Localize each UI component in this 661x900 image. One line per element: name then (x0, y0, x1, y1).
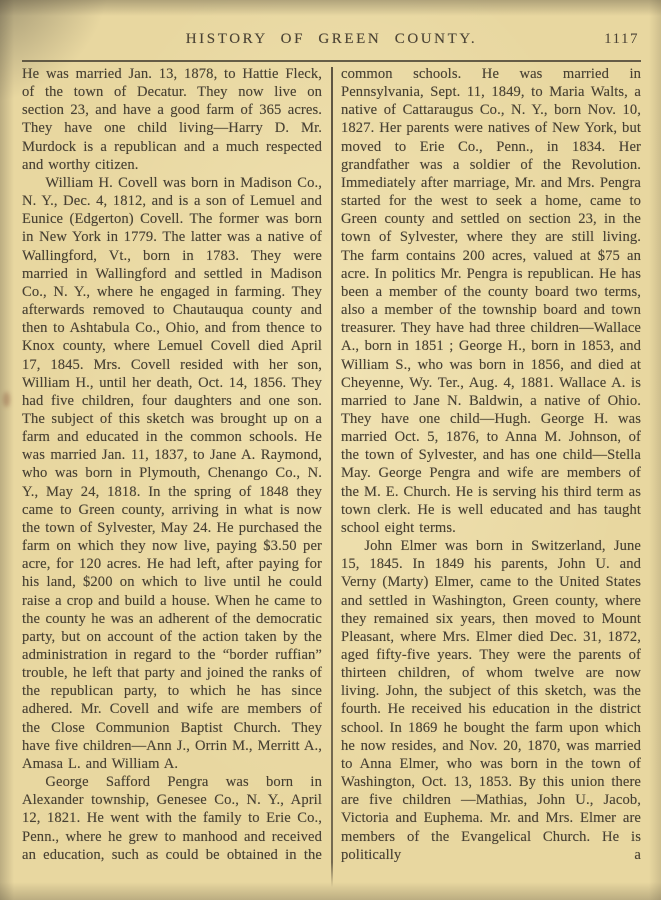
header-rule (22, 60, 641, 62)
paragraph-murdock-continuation: He was married Jan. 13, 1878, to Hattie … (22, 65, 322, 174)
left-column: He was married Jan. 13, 1878, to Hattie … (22, 65, 322, 893)
right-column: common schools. He was married in Pennsy… (341, 65, 641, 893)
page-number: 1117 (604, 31, 639, 48)
ink-smudge (3, 392, 10, 407)
paragraph-william-covell: William H. Covell was born in Madison Co… (22, 174, 322, 773)
text-columns: He was married Jan. 13, 1878, to Hattie … (22, 65, 641, 893)
paragraph-john-elmer: John Elmer was born in Switzerland, June… (341, 537, 641, 864)
paragraph-george-pengra-start: George Safford Pengra was born in Alexan… (22, 773, 322, 864)
page-title: HISTORY OF GREEN COUNTY. (22, 31, 641, 48)
paragraph-george-pengra-continuation: common schools. He was married in Pennsy… (341, 65, 641, 537)
column-divider (331, 67, 333, 887)
book-page: HISTORY OF GREEN COUNTY. 1117 He was mar… (0, 0, 661, 900)
page-header: HISTORY OF GREEN COUNTY. 1117 (22, 0, 641, 53)
